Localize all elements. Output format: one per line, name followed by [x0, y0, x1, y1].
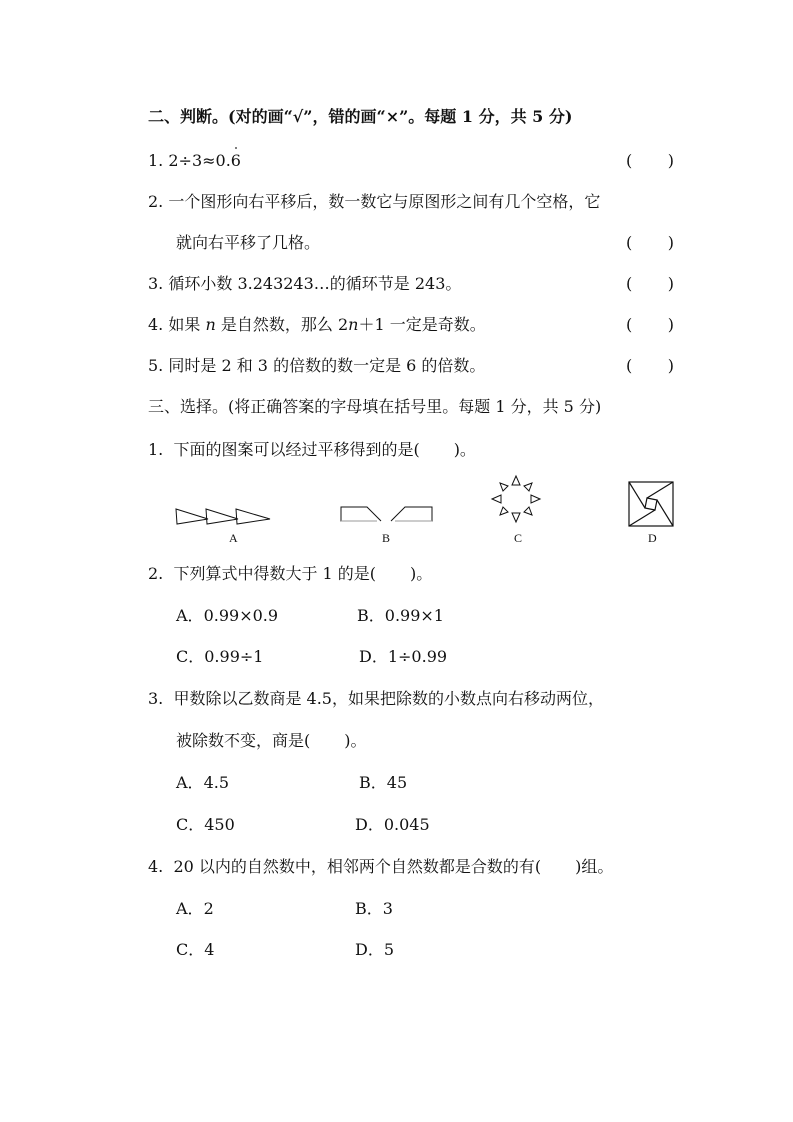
paren-open: (	[626, 356, 632, 376]
item-text: 循环小数 3.243243…的循环节是 243。	[168, 274, 461, 293]
item-number: 1.	[148, 151, 163, 170]
answer-blank-2[interactable]: ()	[626, 233, 674, 253]
question-text: 20 以内的自然数中，相邻两个自然数都是合数的有(	[173, 857, 541, 876]
figure-d-pinwheel-icon	[627, 480, 675, 528]
judge-item-4: 4. 如果 n 是自然数，那么 2n＋1 一定是奇数。	[148, 315, 486, 335]
q3-option-c[interactable]: C．450	[176, 815, 235, 835]
item-text: 一个图形向右平移后，数一数它与原图形之间有几个空格，它	[168, 192, 600, 211]
question-text: 下列算式中得数大于 1 的是(	[173, 564, 376, 583]
paren-open: (	[626, 315, 632, 335]
q4-option-c[interactable]: C．4	[176, 940, 214, 960]
judge-item-2: 2. 一个图形向右平移后，数一数它与原图形之间有几个空格，它	[148, 192, 600, 212]
option-label: C．	[176, 940, 204, 959]
answer-blank-1[interactable]: ()	[626, 151, 674, 171]
paren-close: )	[668, 151, 674, 171]
question-text: )组。	[575, 857, 613, 876]
choice-q3-line2: 被除数不变，商是()。	[176, 731, 367, 751]
paren-close: )	[668, 315, 674, 335]
q2-option-a[interactable]: A．0.99×0.9	[176, 606, 278, 626]
q4-option-a[interactable]: A．2	[176, 899, 214, 919]
option-value: 1÷0.99	[388, 647, 447, 666]
item-number: 3.	[148, 274, 163, 293]
item-number: 2.	[148, 564, 163, 583]
paren-close: )	[668, 274, 674, 294]
paren-close: )	[668, 233, 674, 253]
item-text: 2÷3≈0.	[163, 151, 231, 170]
q2-option-b[interactable]: B．0.99×1	[357, 606, 444, 626]
item-number: 5.	[148, 356, 163, 375]
choice-q1: 1. 下面的图案可以经过平移得到的是()。	[148, 440, 476, 460]
question-text: )。	[410, 564, 432, 583]
question-text: )。	[454, 440, 476, 459]
option-label: A．	[176, 899, 204, 918]
q2-option-d[interactable]: D．1÷0.99	[359, 647, 447, 667]
figure-c-label: C	[514, 531, 522, 546]
q3-option-d[interactable]: D．0.045	[355, 815, 430, 835]
option-label: D．	[355, 815, 384, 834]
option-value: 450	[204, 815, 235, 834]
option-value: 0.99×0.9	[204, 606, 278, 625]
item-number: 2.	[148, 192, 163, 211]
q3-option-b[interactable]: B．45	[359, 773, 407, 793]
variable-n: n	[205, 315, 215, 334]
paren-open: (	[626, 274, 632, 294]
option-value: 0.99÷1	[204, 647, 263, 666]
section2-title: 二、判断。(对的画“√”，错的画“×”。每题 1 分，共 5 分)	[148, 107, 572, 127]
option-value: 0.99×1	[385, 606, 444, 625]
answer-blank-4[interactable]: ()	[626, 315, 674, 335]
figure-c-triangle-ring-icon	[490, 474, 542, 524]
figure-a-label: A	[229, 531, 238, 546]
question-text: )。	[344, 731, 366, 750]
option-value: 0.045	[384, 815, 430, 834]
paren-close: )	[668, 356, 674, 376]
q2-option-c[interactable]: C．0.99÷1	[176, 647, 263, 667]
figure-b-label: B	[382, 531, 390, 546]
item-number: 1.	[148, 440, 163, 459]
variable-n: n	[348, 315, 358, 334]
answer-blank-5[interactable]: ()	[626, 356, 674, 376]
option-label: A．	[176, 773, 204, 792]
option-value: 5	[384, 940, 394, 959]
option-value: 4.5	[204, 773, 229, 792]
figure-b-trapezoids-icon	[339, 505, 435, 525]
option-label: B．	[357, 606, 385, 625]
judge-item-5: 5. 同时是 2 和 3 的倍数的数一定是 6 的倍数。	[148, 356, 485, 376]
figure-a-triangles-icon	[174, 506, 274, 526]
option-label: D．	[355, 940, 384, 959]
judge-item-1: 1. 2÷3≈0.6	[148, 151, 241, 171]
option-label: C．	[176, 815, 204, 834]
paren-open: (	[626, 233, 632, 253]
option-label: B．	[355, 899, 383, 918]
option-label: C．	[176, 647, 204, 666]
option-value: 4	[204, 940, 214, 959]
paren-open: (	[626, 151, 632, 171]
choice-q2: 2. 下列算式中得数大于 1 的是()。	[148, 564, 432, 584]
section3-title: 三、选择。(将正确答案的字母填在括号里。每题 1 分，共 5 分)	[148, 397, 601, 417]
item-text: 是自然数，那么 2	[216, 315, 348, 334]
option-label: A．	[176, 606, 204, 625]
choice-q3: 3. 甲数除以乙数商是 4.5，如果把除数的小数点向右移动两位，	[148, 689, 604, 709]
q4-option-d[interactable]: D．5	[355, 940, 394, 960]
judge-item-2-line2: 就向右平移了几格。	[176, 233, 320, 253]
option-value: 45	[387, 773, 407, 792]
choice-q4: 4. 20 以内的自然数中，相邻两个自然数都是合数的有()组。	[148, 857, 613, 877]
judge-item-3: 3. 循环小数 3.243243…的循环节是 243。	[148, 274, 461, 294]
item-text: ＋1 一定是奇数。	[358, 315, 485, 334]
item-number: 3.	[148, 689, 163, 708]
item-number: 4.	[148, 315, 163, 334]
question-text: 被除数不变，商是(	[176, 731, 310, 750]
item-number: 4.	[148, 857, 163, 876]
question-text: 下面的图案可以经过平移得到的是(	[173, 440, 419, 459]
answer-blank-3[interactable]: ()	[626, 274, 674, 294]
option-label: B．	[359, 773, 387, 792]
option-label: D．	[359, 647, 388, 666]
item-text: 如果	[168, 315, 205, 334]
option-value: 2	[204, 899, 214, 918]
q3-option-a[interactable]: A．4.5	[176, 773, 229, 793]
figure-d-label: D	[648, 531, 657, 546]
repeating-digit: 6	[231, 151, 241, 171]
item-text: 同时是 2 和 3 的倍数的数一定是 6 的倍数。	[168, 356, 485, 375]
q4-option-b[interactable]: B．3	[355, 899, 393, 919]
question-text: 甲数除以乙数商是 4.5，如果把除数的小数点向右移动两位，	[173, 689, 604, 708]
option-value: 3	[383, 899, 393, 918]
